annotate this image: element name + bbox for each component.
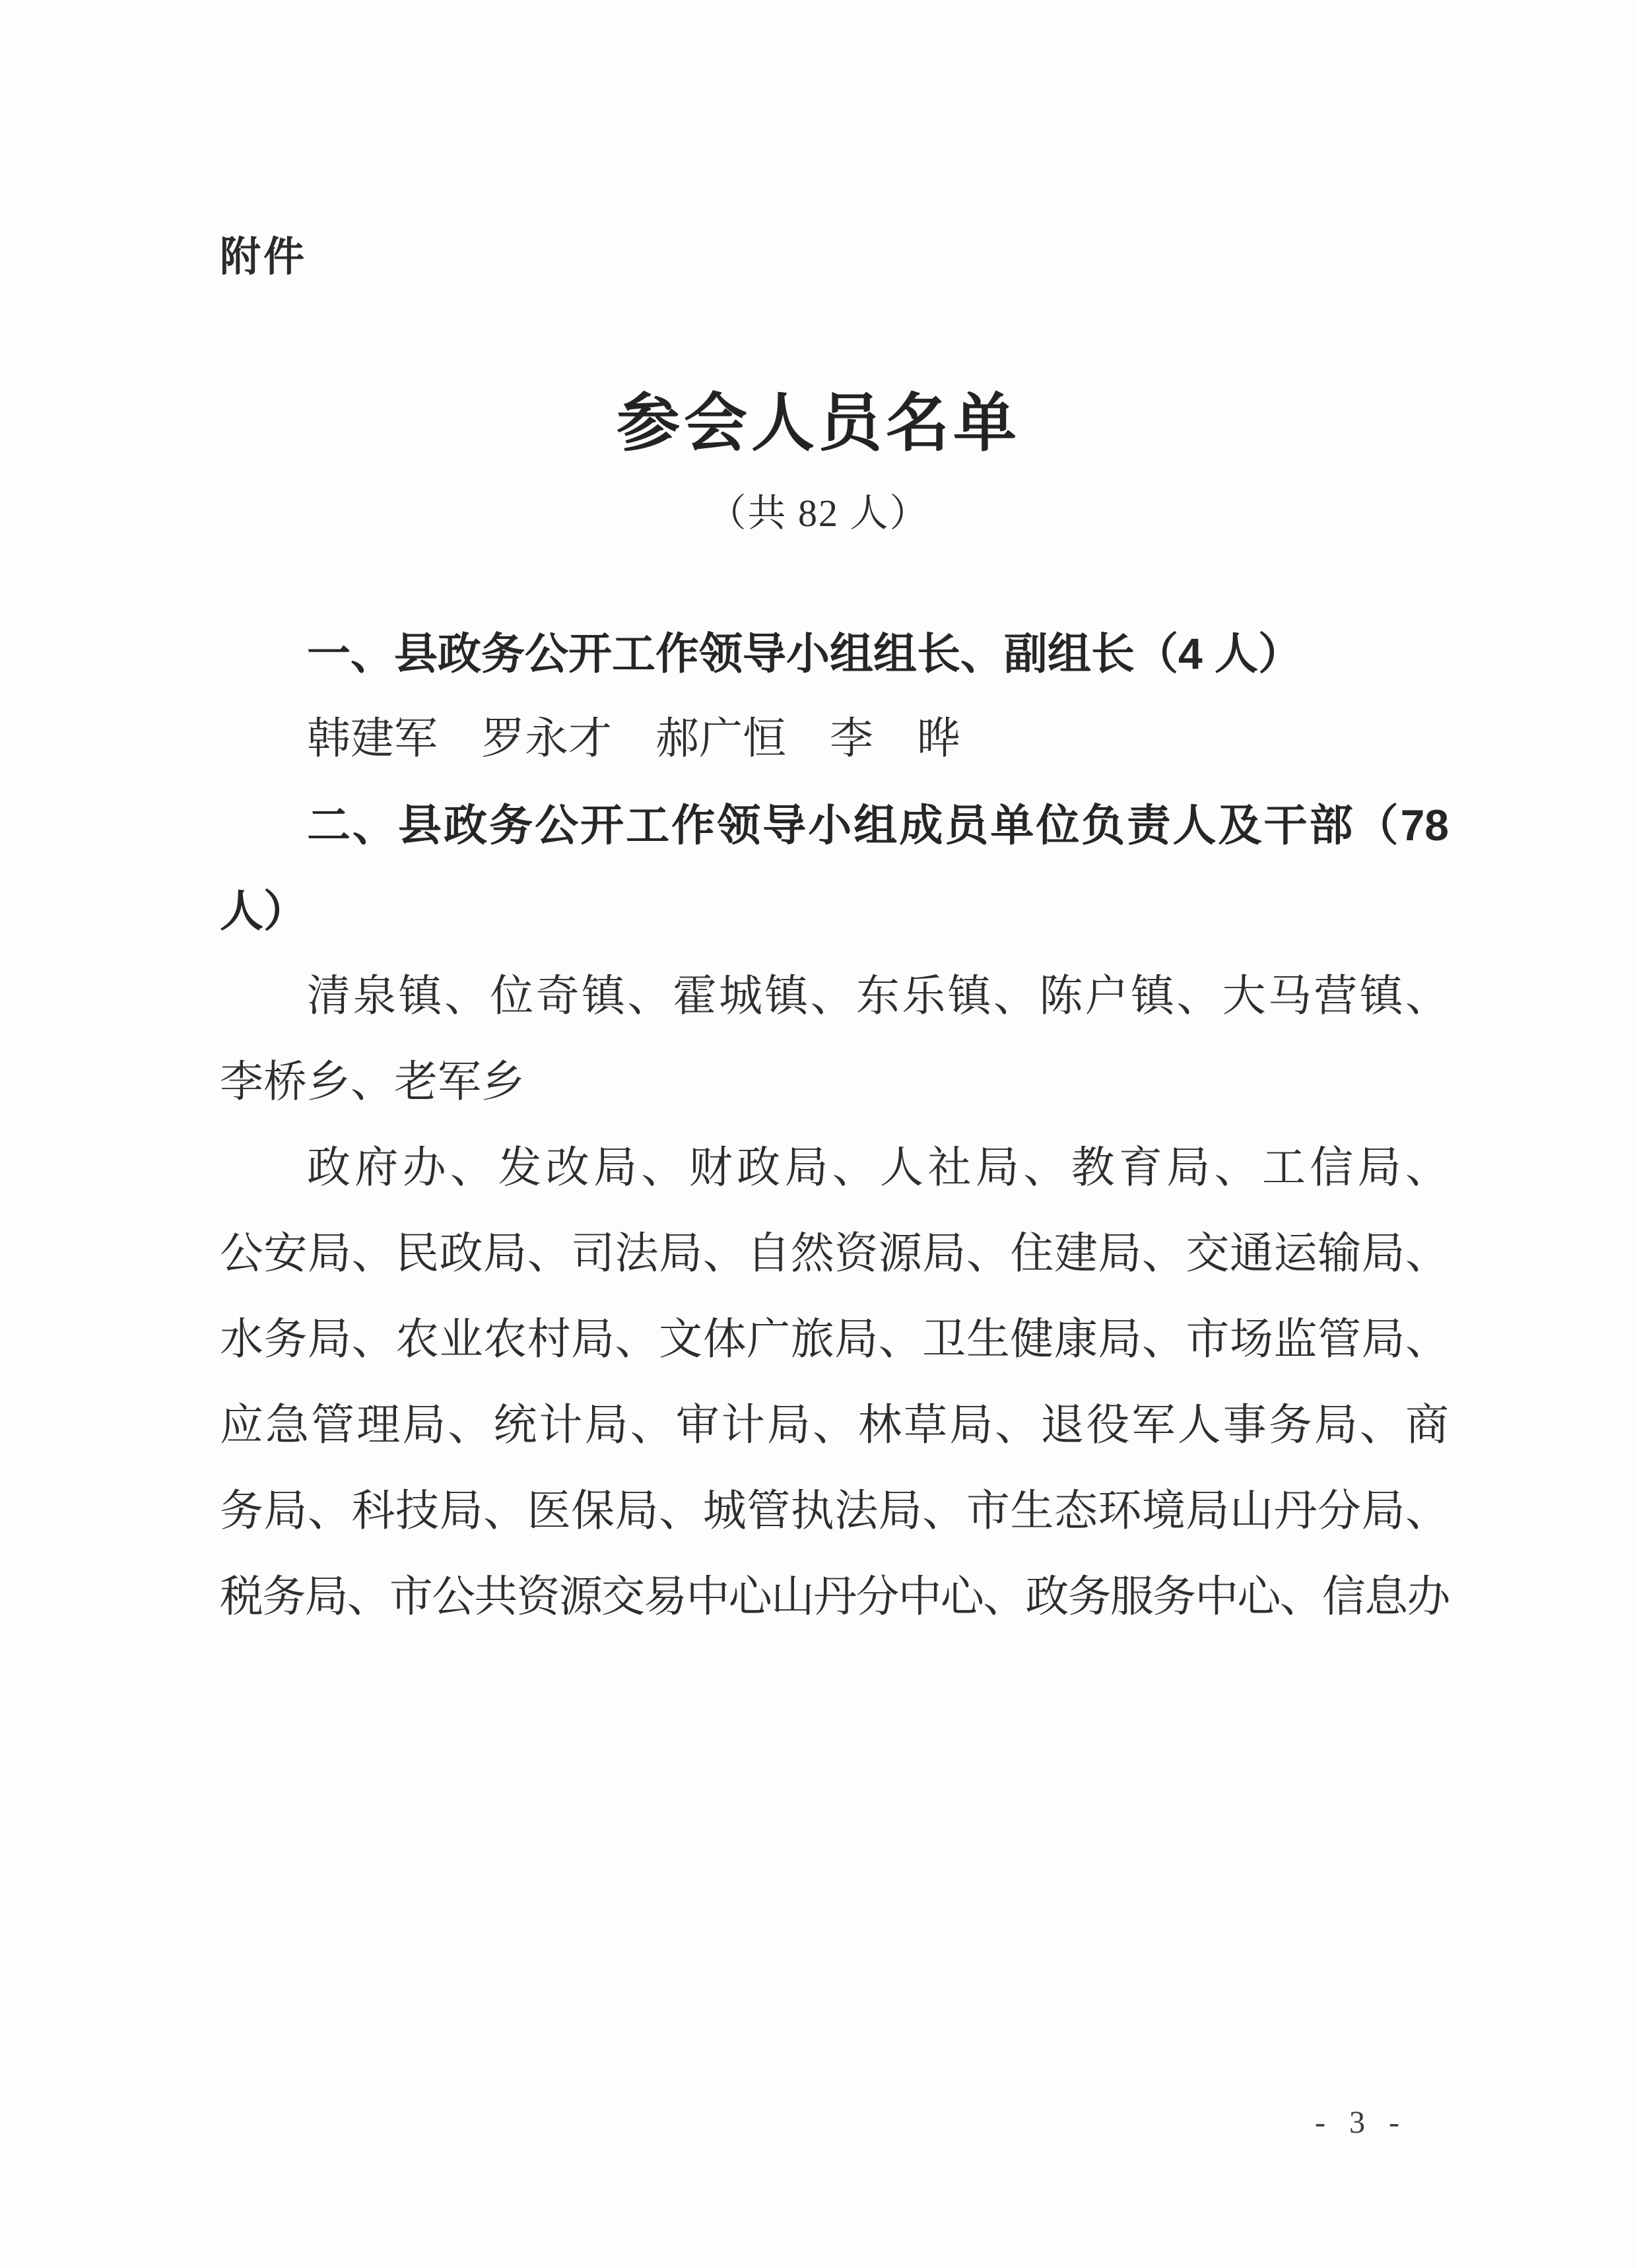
document-title: 参会人员名单	[0, 388, 1637, 459]
section1-names: 韩建军 罗永才 郝广恒 李 晔	[220, 696, 1449, 782]
departments-line-3: 水务局、农业农村局、文体广旅局、卫生健康局、市场监管局、	[220, 1297, 1449, 1383]
departments-line-5: 务局、科技局、医保局、城管执法局、市生态环境局山丹分局、	[220, 1469, 1449, 1554]
departments-line-4: 应急管理局、统计局、审计局、林草局、退役军人事务局、商	[220, 1383, 1449, 1469]
section2-heading-line-1: 二、县政务公开工作领导小组成员单位负责人及干部（78	[220, 782, 1449, 868]
towns-line-2: 李桥乡、老军乡	[220, 1040, 1449, 1125]
attachment-label: 附件	[220, 232, 307, 283]
document-body: 一、县政务公开工作领导小组组长、副组长（4 人） 韩建军 罗永才 郝广恒 李 晔…	[220, 611, 1449, 1640]
section2-heading-line-2: 人）	[220, 868, 1449, 954]
attendee-count-subtitle: （共 82 人）	[0, 490, 1637, 537]
section1-heading: 一、县政务公开工作领导小组组长、副组长（4 人）	[220, 611, 1449, 696]
document-page: 附件 参会人员名单 （共 82 人） 一、县政务公开工作领导小组组长、副组长（4…	[0, 0, 1637, 2268]
towns-line-1: 清泉镇、位奇镇、霍城镇、东乐镇、陈户镇、大马营镇、	[220, 954, 1449, 1040]
departments-line-1: 政府办、发改局、财政局、人社局、教育局、工信局、	[220, 1125, 1449, 1211]
departments-line-2: 公安局、民政局、司法局、自然资源局、住建局、交通运输局、	[220, 1211, 1449, 1297]
page-number: - 3 -	[1315, 2103, 1407, 2143]
departments-line-6: 税务局、市公共资源交易中心山丹分中心、政务服务中心、信息办	[220, 1554, 1449, 1640]
